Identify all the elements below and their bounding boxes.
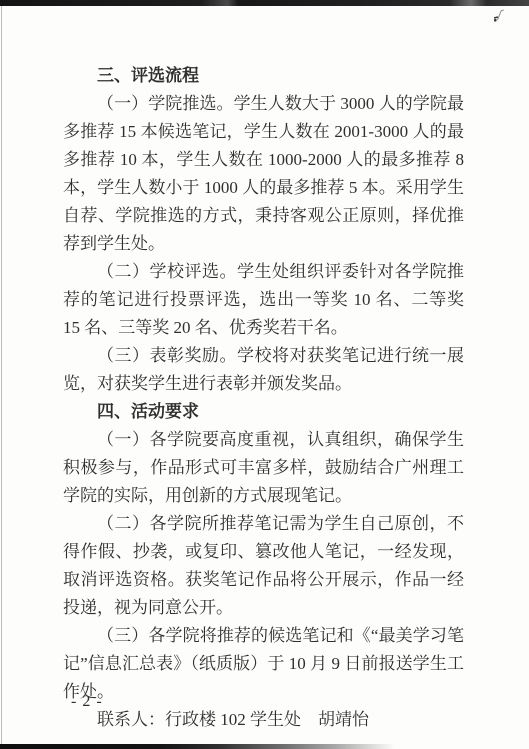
para-requirement-1: （一）各学院要高度重视，认真组织，确保学生积极参与，作品形式可丰富多样，鼓励结合… [63, 426, 464, 510]
para-requirement-3: （三）各学院将推荐的候选笔记和《“最美学习笔记”信息汇总表》（纸质版）于 10 … [63, 622, 464, 706]
document-page: 三、评选流程（一）学院推选。学生人数大于 3000 人的学院最多推荐 15 本候… [0, 0, 529, 749]
document-body: 三、评选流程（一）学院推选。学生人数大于 3000 人的学院最多推荐 15 本候… [63, 62, 464, 734]
para-commendation-awards: （三）表彰奖励。学校将对获奖笔记进行统一展览，对获奖学生进行表彰并颁发奖品。 [63, 342, 464, 398]
para-college-recommendation: （一）学院推选。学生人数大于 3000 人的学院最多推荐 15 本候选笔记，学生… [63, 90, 464, 258]
para-requirement-2: （二）各学院所推荐笔记需为学生自己原创，不得作假、抄袭，或复印、篡改他人笔记，一… [63, 510, 464, 622]
scan-edge-left [1, 6, 2, 745]
scan-edge-bottom [0, 744, 395, 749]
pen-mark-icon [489, 5, 509, 27]
scan-edge-top [0, 0, 529, 6]
para-school-selection: （二）学校评选。学生处组织评委针对各学院推荐的笔记进行投票评选，选出一等奖 10… [63, 258, 464, 342]
heading-activity-requirements: 四、活动要求 [63, 398, 464, 426]
heading-selection-process: 三、评选流程 [63, 62, 464, 90]
page-number: - 2 - [71, 693, 103, 711]
contact-line: 联系人：行政楼 102 学生处 胡靖怡 [63, 706, 464, 734]
